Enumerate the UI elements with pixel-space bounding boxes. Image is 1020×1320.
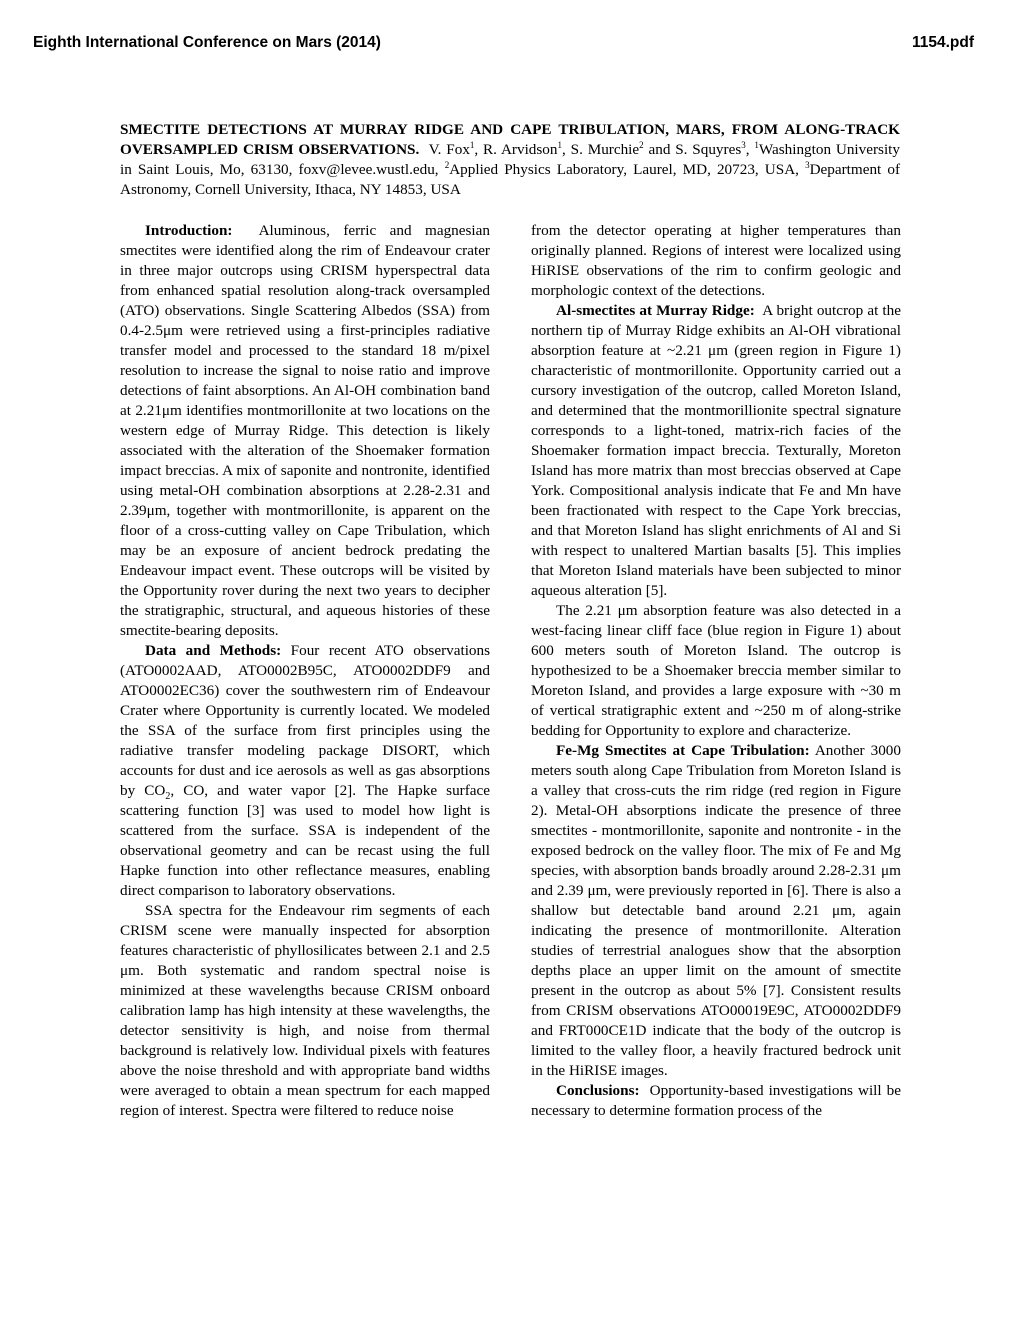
right-column: from the detector operating at higher te… [531, 221, 901, 1121]
section-heading: Al-smectites at Murray Ridge: [556, 302, 755, 319]
paragraph-text: from the detector operating at higher te… [531, 222, 901, 299]
aff-marker: 1 [470, 140, 475, 150]
methods-paragraph: Data and Methods: Four recent ATO observ… [120, 641, 490, 901]
author: S. Murchie [571, 141, 640, 158]
file-name: 1154.pdf [912, 34, 974, 52]
continued-paragraph: from the detector operating at higher te… [531, 221, 901, 301]
left-column: Introduction: Aluminous, ferric and magn… [120, 221, 490, 1121]
paragraph-text: Another 3000 meters south along Cape Tri… [531, 742, 901, 1079]
introduction-paragraph: Introduction: Aluminous, ferric and magn… [120, 221, 490, 641]
section-heading: Data and Methods: [145, 642, 281, 659]
murray-ridge-paragraph: Al-smectites at Murray Ridge: A bright o… [531, 301, 901, 601]
section-heading: Introduction: [145, 222, 232, 239]
conference-name: Eighth International Conference on Mars … [33, 34, 381, 52]
section-heading: Fe-Mg Smectites at Cape Tribulation: [556, 742, 810, 759]
paragraph-text: The 2.21 μm absorption feature was also … [531, 602, 901, 739]
conclusions-paragraph: Conclusions: Opportunity-based investiga… [531, 1081, 901, 1121]
aff-marker: 1 [558, 140, 563, 150]
author: R. Arvidson [483, 141, 557, 158]
paragraph-text: , CO, and water vapor [2]. The Hapke sur… [120, 782, 490, 899]
section-heading: Conclusions: [556, 1082, 640, 1099]
paragraph-text: Four recent ATO observations (ATO0002AAD… [120, 642, 490, 799]
title-block: SMECTITE DETECTIONS AT MURRAY RIDGE AND … [120, 120, 900, 200]
running-header: Eighth International Conference on Mars … [33, 30, 974, 56]
author: S. Squyres [675, 141, 741, 158]
aff-marker: 2 [639, 140, 644, 150]
cape-tribulation-paragraph: Fe-Mg Smectites at Cape Tribulation: Ano… [531, 741, 901, 1081]
paragraph-text: Aluminous, ferric and magnesian smectite… [120, 222, 490, 639]
paragraph-text: SSA spectra for the Endeavour rim segmen… [120, 902, 490, 1119]
author: V. Fox [429, 141, 470, 158]
affiliation: Applied Physics Laboratory, Laurel, MD, … [449, 161, 805, 178]
ssa-paragraph: SSA spectra for the Endeavour rim segmen… [120, 901, 490, 1121]
cliff-paragraph: The 2.21 μm absorption feature was also … [531, 601, 901, 741]
paragraph-text: A bright outcrop at the northern tip of … [531, 302, 901, 599]
aff-marker: 3 [741, 140, 746, 150]
